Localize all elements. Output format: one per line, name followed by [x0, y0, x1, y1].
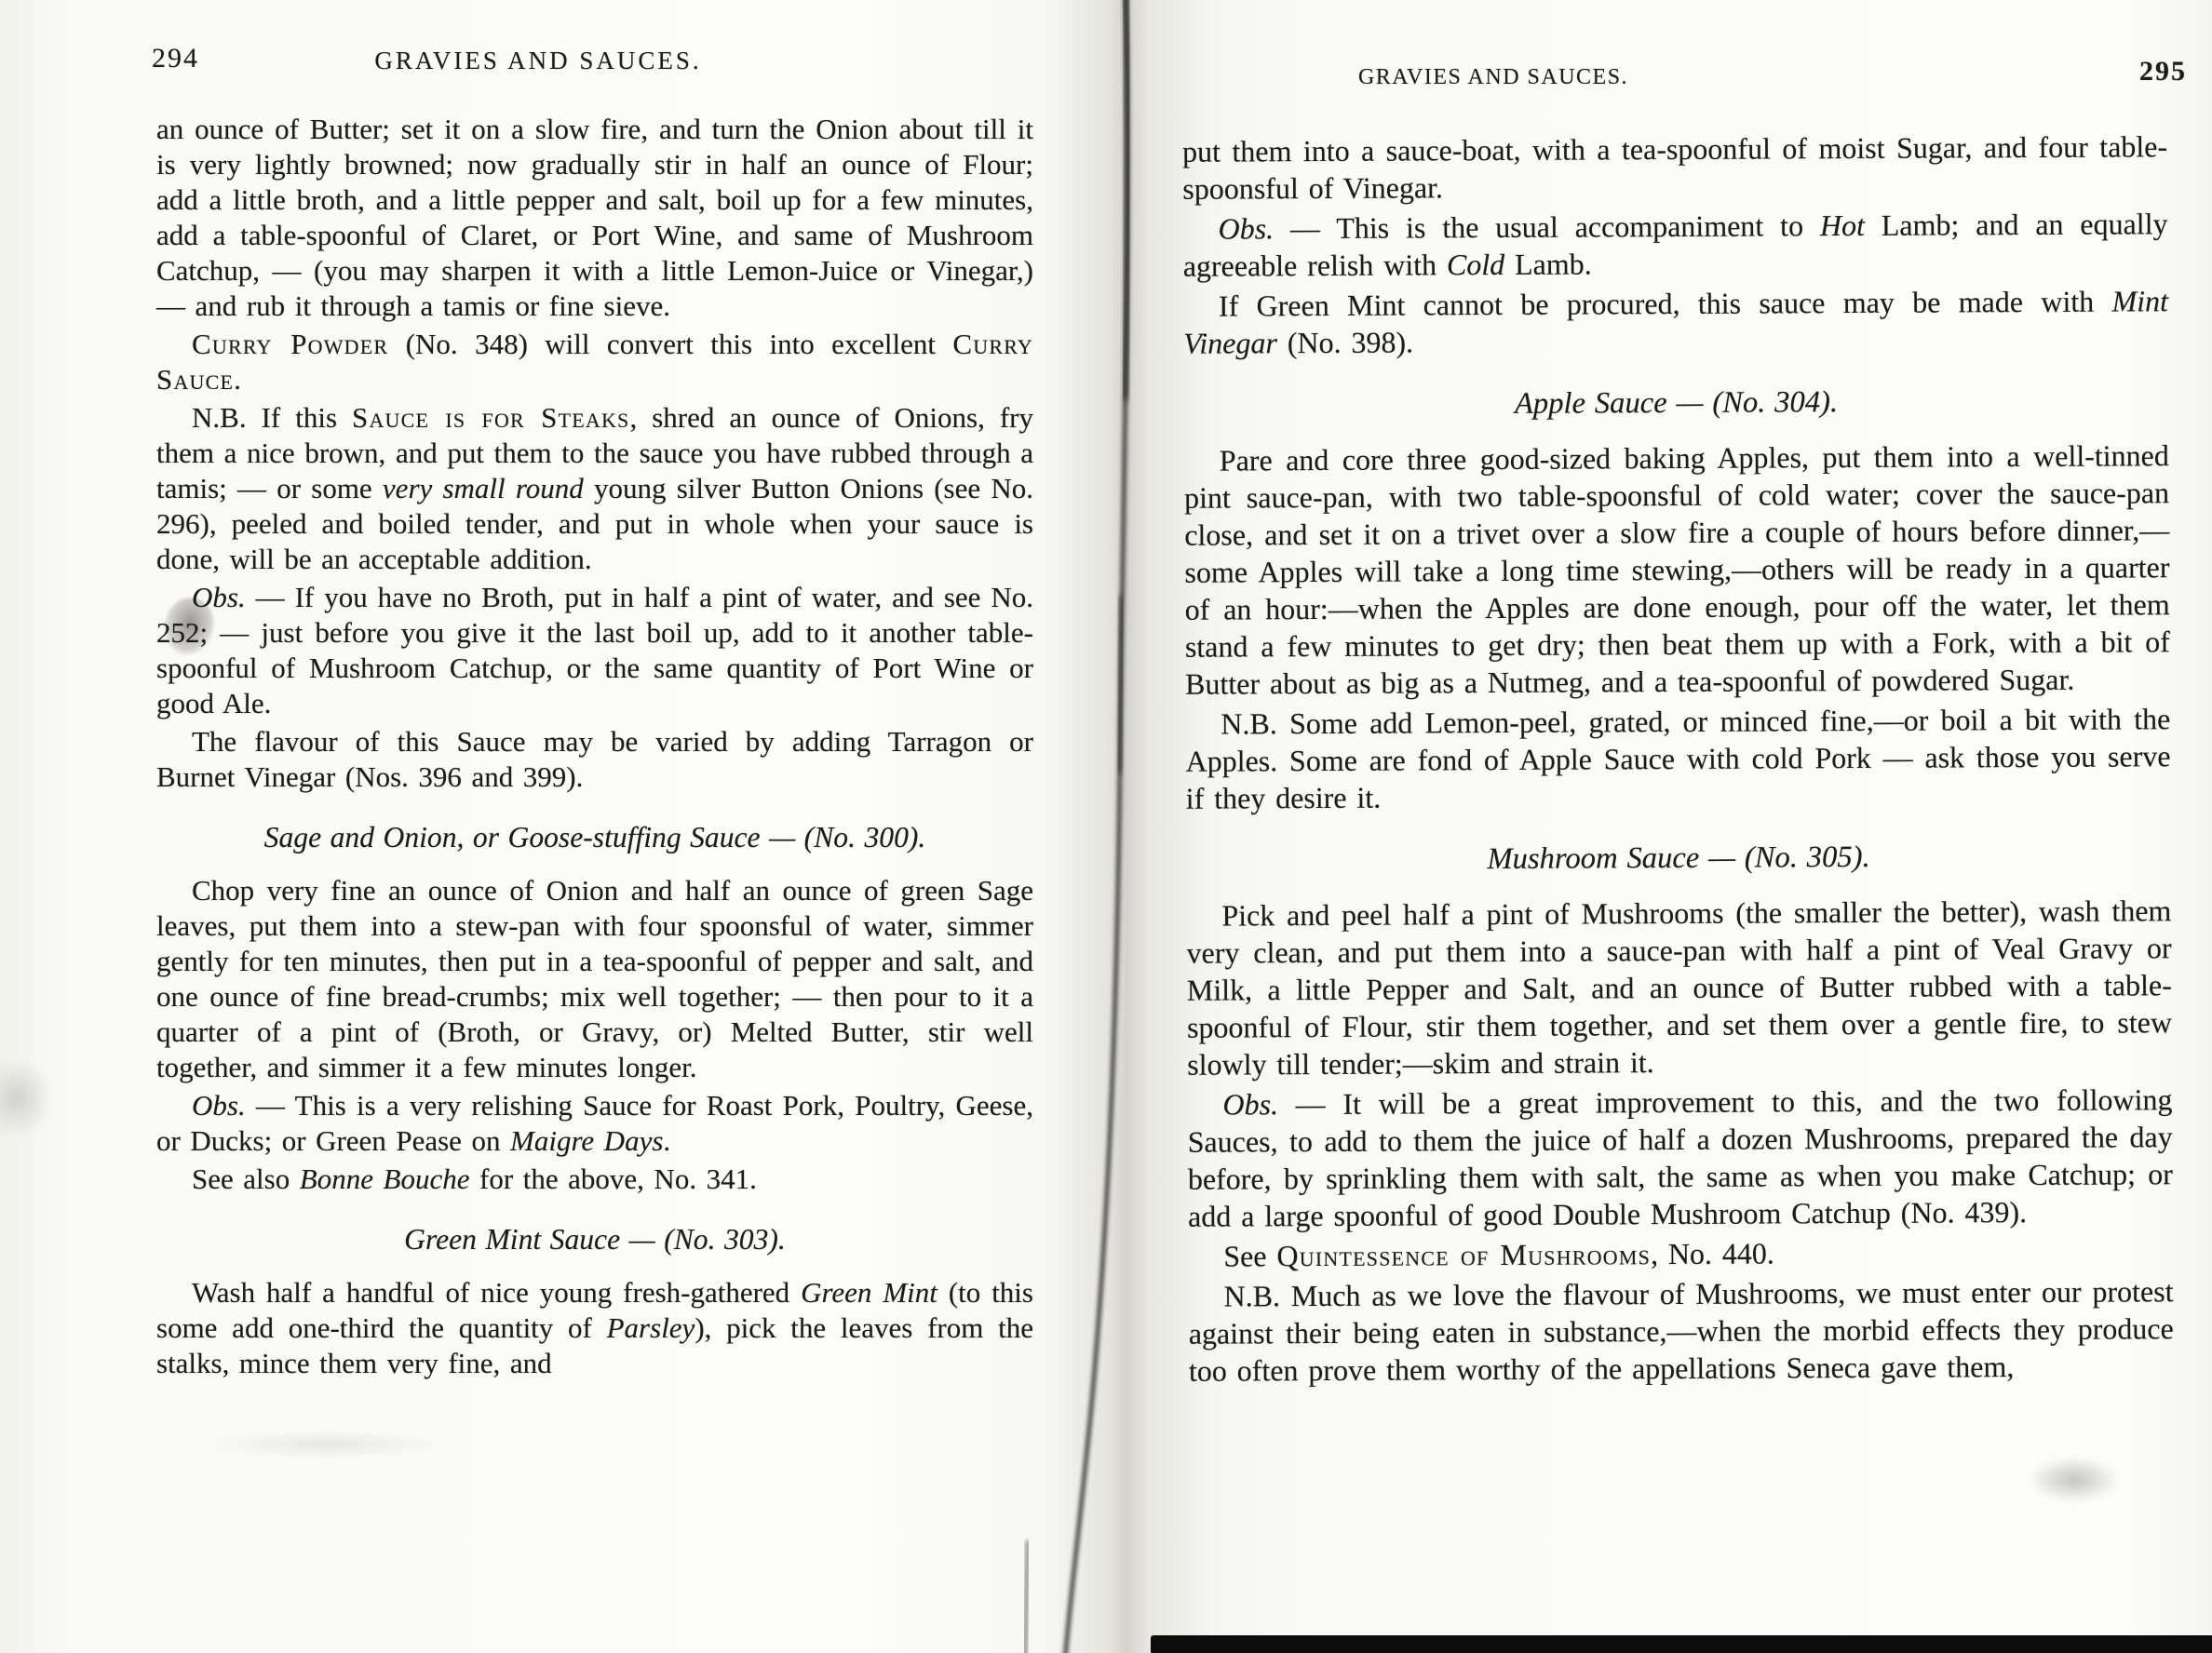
running-title-left: GRAVIES AND SAUCES.: [374, 47, 701, 75]
text-run: Curry Powder: [192, 328, 388, 360]
paragraph: Pick and peel half a pint of Mushrooms (…: [1186, 892, 2172, 1083]
text-run: .: [663, 1124, 670, 1157]
text-run: Pick and peel half a pint of Mushrooms (…: [1187, 894, 2173, 1082]
paragraph: See also Bonne Bouche for the above, No.…: [156, 1162, 1033, 1197]
paragraph: N.B. If this Sauce is for Steaks, shred …: [156, 400, 1033, 577]
text-run: Parsley: [607, 1311, 695, 1344]
scan-smudge: [0, 1059, 52, 1137]
text-run: — If you have no Broth, put in half a pi…: [156, 581, 1033, 719]
text-run: Obs.: [1218, 211, 1274, 245]
running-title-right: GRAVIES AND SAUCES.: [1358, 65, 1628, 90]
paragraph: Pare and core three good-sized baking Ap…: [1184, 437, 2170, 703]
text-run: .: [234, 363, 241, 396]
recipe-heading: Mushroom Sauce — (No. 305).: [1186, 837, 2171, 880]
text-run: Pare and core three good-sized baking Ap…: [1184, 438, 2170, 701]
paragraph: The flavour of this Sauce may be varied …: [156, 724, 1033, 795]
text-column-right: put them into a sauce-boat, with a tea-s…: [1182, 128, 2174, 1392]
text-run: (No. 348) will convert this into excelle…: [388, 328, 952, 360]
text-run: Obs.: [192, 581, 246, 613]
text-run: very small round: [383, 472, 584, 504]
scan-smudge: [212, 1431, 445, 1458]
text-run: Hot: [1820, 208, 1865, 242]
text-run: See also: [192, 1162, 300, 1195]
paragraph: If Green Mint cannot be procured, this s…: [1183, 282, 2168, 362]
text-run: N.B. Some add Lemon-peel, grated, or min…: [1185, 702, 2170, 815]
page-number-left: 294: [152, 43, 199, 74]
text-run: put them into a sauce-boat, with a tea-s…: [1182, 129, 2167, 206]
paragraph: Wash half a handful of nice young fresh-…: [156, 1275, 1033, 1381]
text-column-left: an ounce of Butter; set it on a slow fir…: [156, 112, 1033, 1384]
text-run: Chop very fine an ounce of Onion and hal…: [156, 874, 1033, 1083]
text-run: Mushroom Sauce — (No. 305).: [1487, 840, 1869, 876]
paragraph: Obs. — It will be a great improvement to…: [1187, 1081, 2173, 1235]
recipe-heading: Green Mint Sauce — (No. 303).: [156, 1222, 1033, 1257]
text-run: N.B. If this: [192, 401, 352, 434]
text-run: Green Mint Sauce — (No. 303).: [404, 1223, 786, 1256]
paragraph: Obs. — If you have no Broth, put in half…: [156, 580, 1033, 721]
text-run: Obs.: [1222, 1087, 1278, 1121]
paragraph: put them into a sauce-boat, with a tea-s…: [1182, 128, 2167, 208]
text-run: If Green Mint cannot be procured, this s…: [1219, 285, 2112, 323]
paragraph: See Quintessence of Mushrooms, No. 440.: [1188, 1232, 2173, 1275]
text-run: Green Mint: [801, 1276, 937, 1309]
text-run: (No. 398).: [1277, 325, 1413, 359]
text-run: Cold: [1447, 248, 1504, 281]
paragraph: Obs. — This is the usual accompaniment t…: [1182, 205, 2167, 285]
text-run: Maigre Days: [510, 1124, 663, 1157]
text-run: — This is the usual accompaniment to: [1274, 208, 1820, 245]
page-number-right: 295: [2139, 56, 2187, 87]
recipe-heading: Sage and Onion, or Goose-stuffing Sauce …: [156, 820, 1033, 855]
text-run: , No. 440.: [1651, 1236, 1774, 1270]
text-run: Wash half a handful of nice young fresh-…: [192, 1276, 801, 1309]
paragraph: an ounce of Butter; set it on a slow fir…: [156, 112, 1033, 324]
recipe-heading: Apple Sauce — (No. 304).: [1183, 382, 2168, 424]
text-run: Quintessence of Mushrooms: [1276, 1237, 1651, 1272]
text-run: Apple Sauce — (No. 304).: [1515, 385, 1838, 421]
paragraph: Curry Powder (No. 348) will convert this…: [156, 327, 1033, 397]
text-run: Obs.: [192, 1089, 246, 1122]
text-run: Sage and Onion, or Goose-stuffing Sauce …: [264, 821, 926, 853]
scan-smudge: [2030, 1458, 2119, 1502]
text-run: for the above, No. 341.: [469, 1162, 756, 1195]
text-run: Bonne Bouche: [300, 1162, 470, 1195]
text-run: Sauce is for Steaks: [352, 401, 629, 434]
text-run: Lamb.: [1504, 247, 1592, 280]
text-run: See: [1223, 1239, 1276, 1272]
scanner-edge-strip: [1151, 1635, 2212, 1653]
text-run: The flavour of this Sauce may be varied …: [156, 725, 1033, 793]
text-run: an ounce of Butter; set it on a slow fir…: [156, 113, 1033, 322]
text-run: N.B. Much as we love the flavour of Mush…: [1189, 1274, 2174, 1388]
paragraph: Obs. — This is a very relishing Sauce fo…: [156, 1088, 1033, 1159]
paragraph: N.B. Some add Lemon-peel, grated, or min…: [1185, 700, 2171, 817]
book-scan: { "colors": { "ink": "#1b1b1b", "paper":…: [0, 0, 2212, 1653]
text-run: — It will be a great improvement to this…: [1188, 1082, 2173, 1233]
paragraph: N.B. Much as we love the flavour of Mush…: [1188, 1272, 2174, 1390]
paragraph: Chop very fine an ounce of Onion and hal…: [156, 873, 1033, 1085]
